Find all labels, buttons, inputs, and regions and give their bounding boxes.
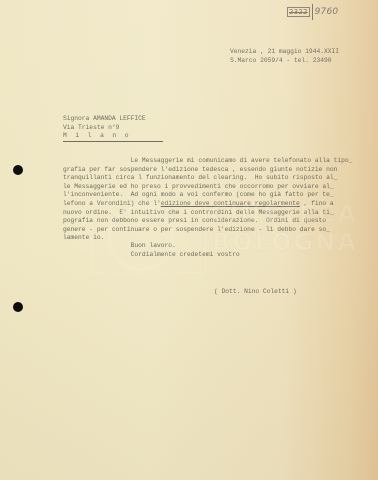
punch-hole-top bbox=[13, 165, 23, 175]
body-line-1: Le Messaggerie mi comunicamo di avere te… bbox=[63, 157, 352, 164]
punch-hole-bottom bbox=[13, 302, 23, 312]
body-line-6-suffix: , fino a bbox=[300, 200, 334, 207]
body-line-5: l'inconveniente. Ad ogni modo a voi conf… bbox=[63, 191, 334, 198]
body-line-2: grafia per far sospendere l'edizione ted… bbox=[63, 166, 337, 173]
body-line-3: tranquillanti circa l funzionamento del … bbox=[63, 174, 337, 181]
recipient-address: Signora AMANDA LEFFICE Via Trieste n°9 M… bbox=[63, 115, 163, 142]
letter-body: Le Messaggerie mi comunicamo di avere te… bbox=[63, 157, 352, 243]
archive-number-separator bbox=[312, 4, 313, 20]
closing-line-1: Buon lavoro. bbox=[63, 242, 176, 249]
sender-address: S.Marco 2059/4 - tel. 23490 bbox=[230, 57, 332, 64]
closing-line-2: Cordialmente credetemi vostro bbox=[63, 251, 240, 258]
letter-page: 2322 9760 Venezia , 21 maggio 1944.XXII … bbox=[0, 0, 378, 480]
signature: ( Dott. Nino Coletti ) bbox=[214, 288, 297, 297]
recipient-city: M i l a n o bbox=[63, 132, 163, 142]
body-line-6: lefono a Verondini) che l'edizione deve … bbox=[63, 200, 334, 207]
recipient-name: Signora AMANDA LEFFICE bbox=[63, 115, 146, 122]
underlined-phrase: edizione deve continuare regolarmente bbox=[161, 200, 300, 207]
letter-closing: Buon lavoro. Cordialmente credetemi vost… bbox=[63, 242, 240, 259]
body-line-4: le Messaggerie ed ho preso i provvedimen… bbox=[63, 183, 334, 190]
place-date: Venezia , 21 maggio 1944.XXII bbox=[230, 48, 339, 55]
letter-header: Venezia , 21 maggio 1944.XXII S.Marco 20… bbox=[230, 48, 339, 65]
current-archive-number: 9760 bbox=[315, 7, 339, 17]
body-line-9: genere - per continuare o per sospendere… bbox=[63, 226, 330, 233]
body-line-8: pografia non debbono essere presi in con… bbox=[63, 217, 326, 224]
body-line-7: nuovo ordine. E' intuitivo che i contror… bbox=[63, 209, 334, 216]
body-line-6-prefix: lefono a Verondini) che l' bbox=[63, 200, 161, 207]
struck-archive-number: 2322 bbox=[287, 7, 310, 17]
recipient-street: Via Trieste n°9 bbox=[63, 124, 119, 131]
body-line-10: lamente io. bbox=[63, 234, 104, 241]
archive-number: 2322 9760 bbox=[287, 4, 338, 20]
